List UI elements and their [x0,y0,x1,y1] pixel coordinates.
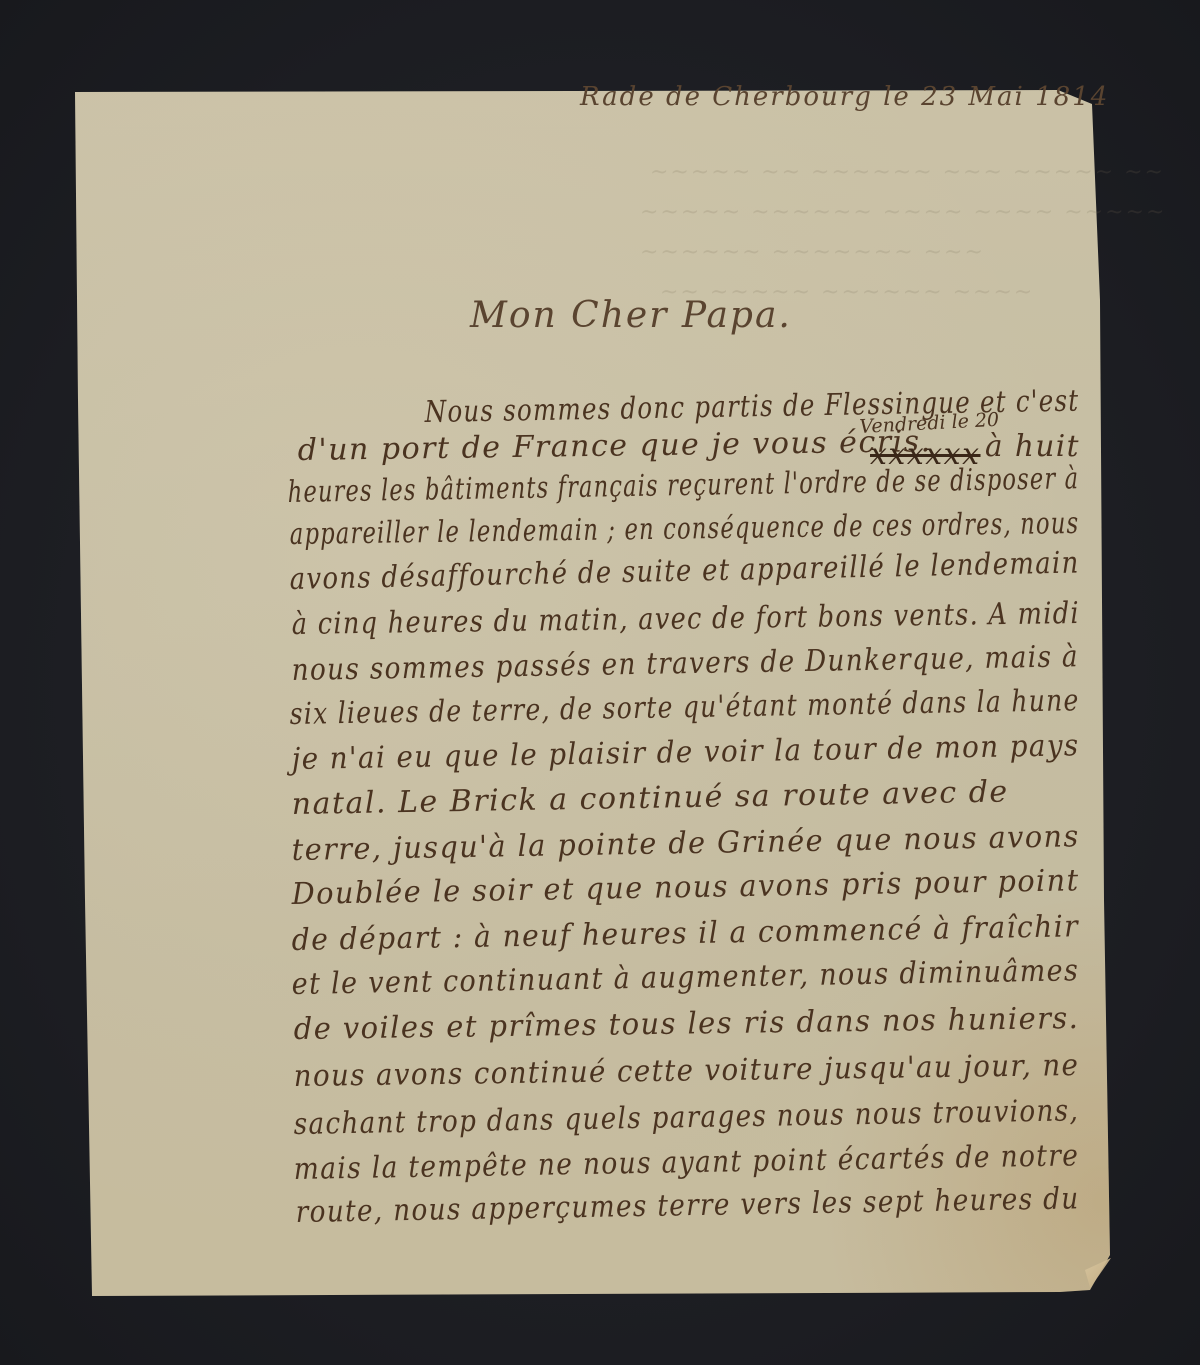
photo-backdrop: ~~~~~ ~~ ~~~~~~ ~~~ ~~~~~ ~~ ~~~~~ ~~~~~… [0,0,1200,1365]
bleed-through-text: ~~~~~ ~~ ~~~~~~ ~~~ ~~~~~ ~~ [650,160,1165,185]
letter-line: à huit [985,432,1080,462]
bleed-through-text: ~~~~~ ~~~~~~ ~~~~ ~~~~ ~~~~~ [640,200,1166,225]
bleed-through-text: ~~~~~~ ~~~~~~~ ~~~ [640,240,985,265]
letter-dateline: Rade de Cherbourg le 23 Mai 1814 [580,84,1109,110]
letter-greeting: Mon Cher Papa. [470,298,792,334]
letter-line: d'un port de France que je vous écris. [298,427,932,466]
